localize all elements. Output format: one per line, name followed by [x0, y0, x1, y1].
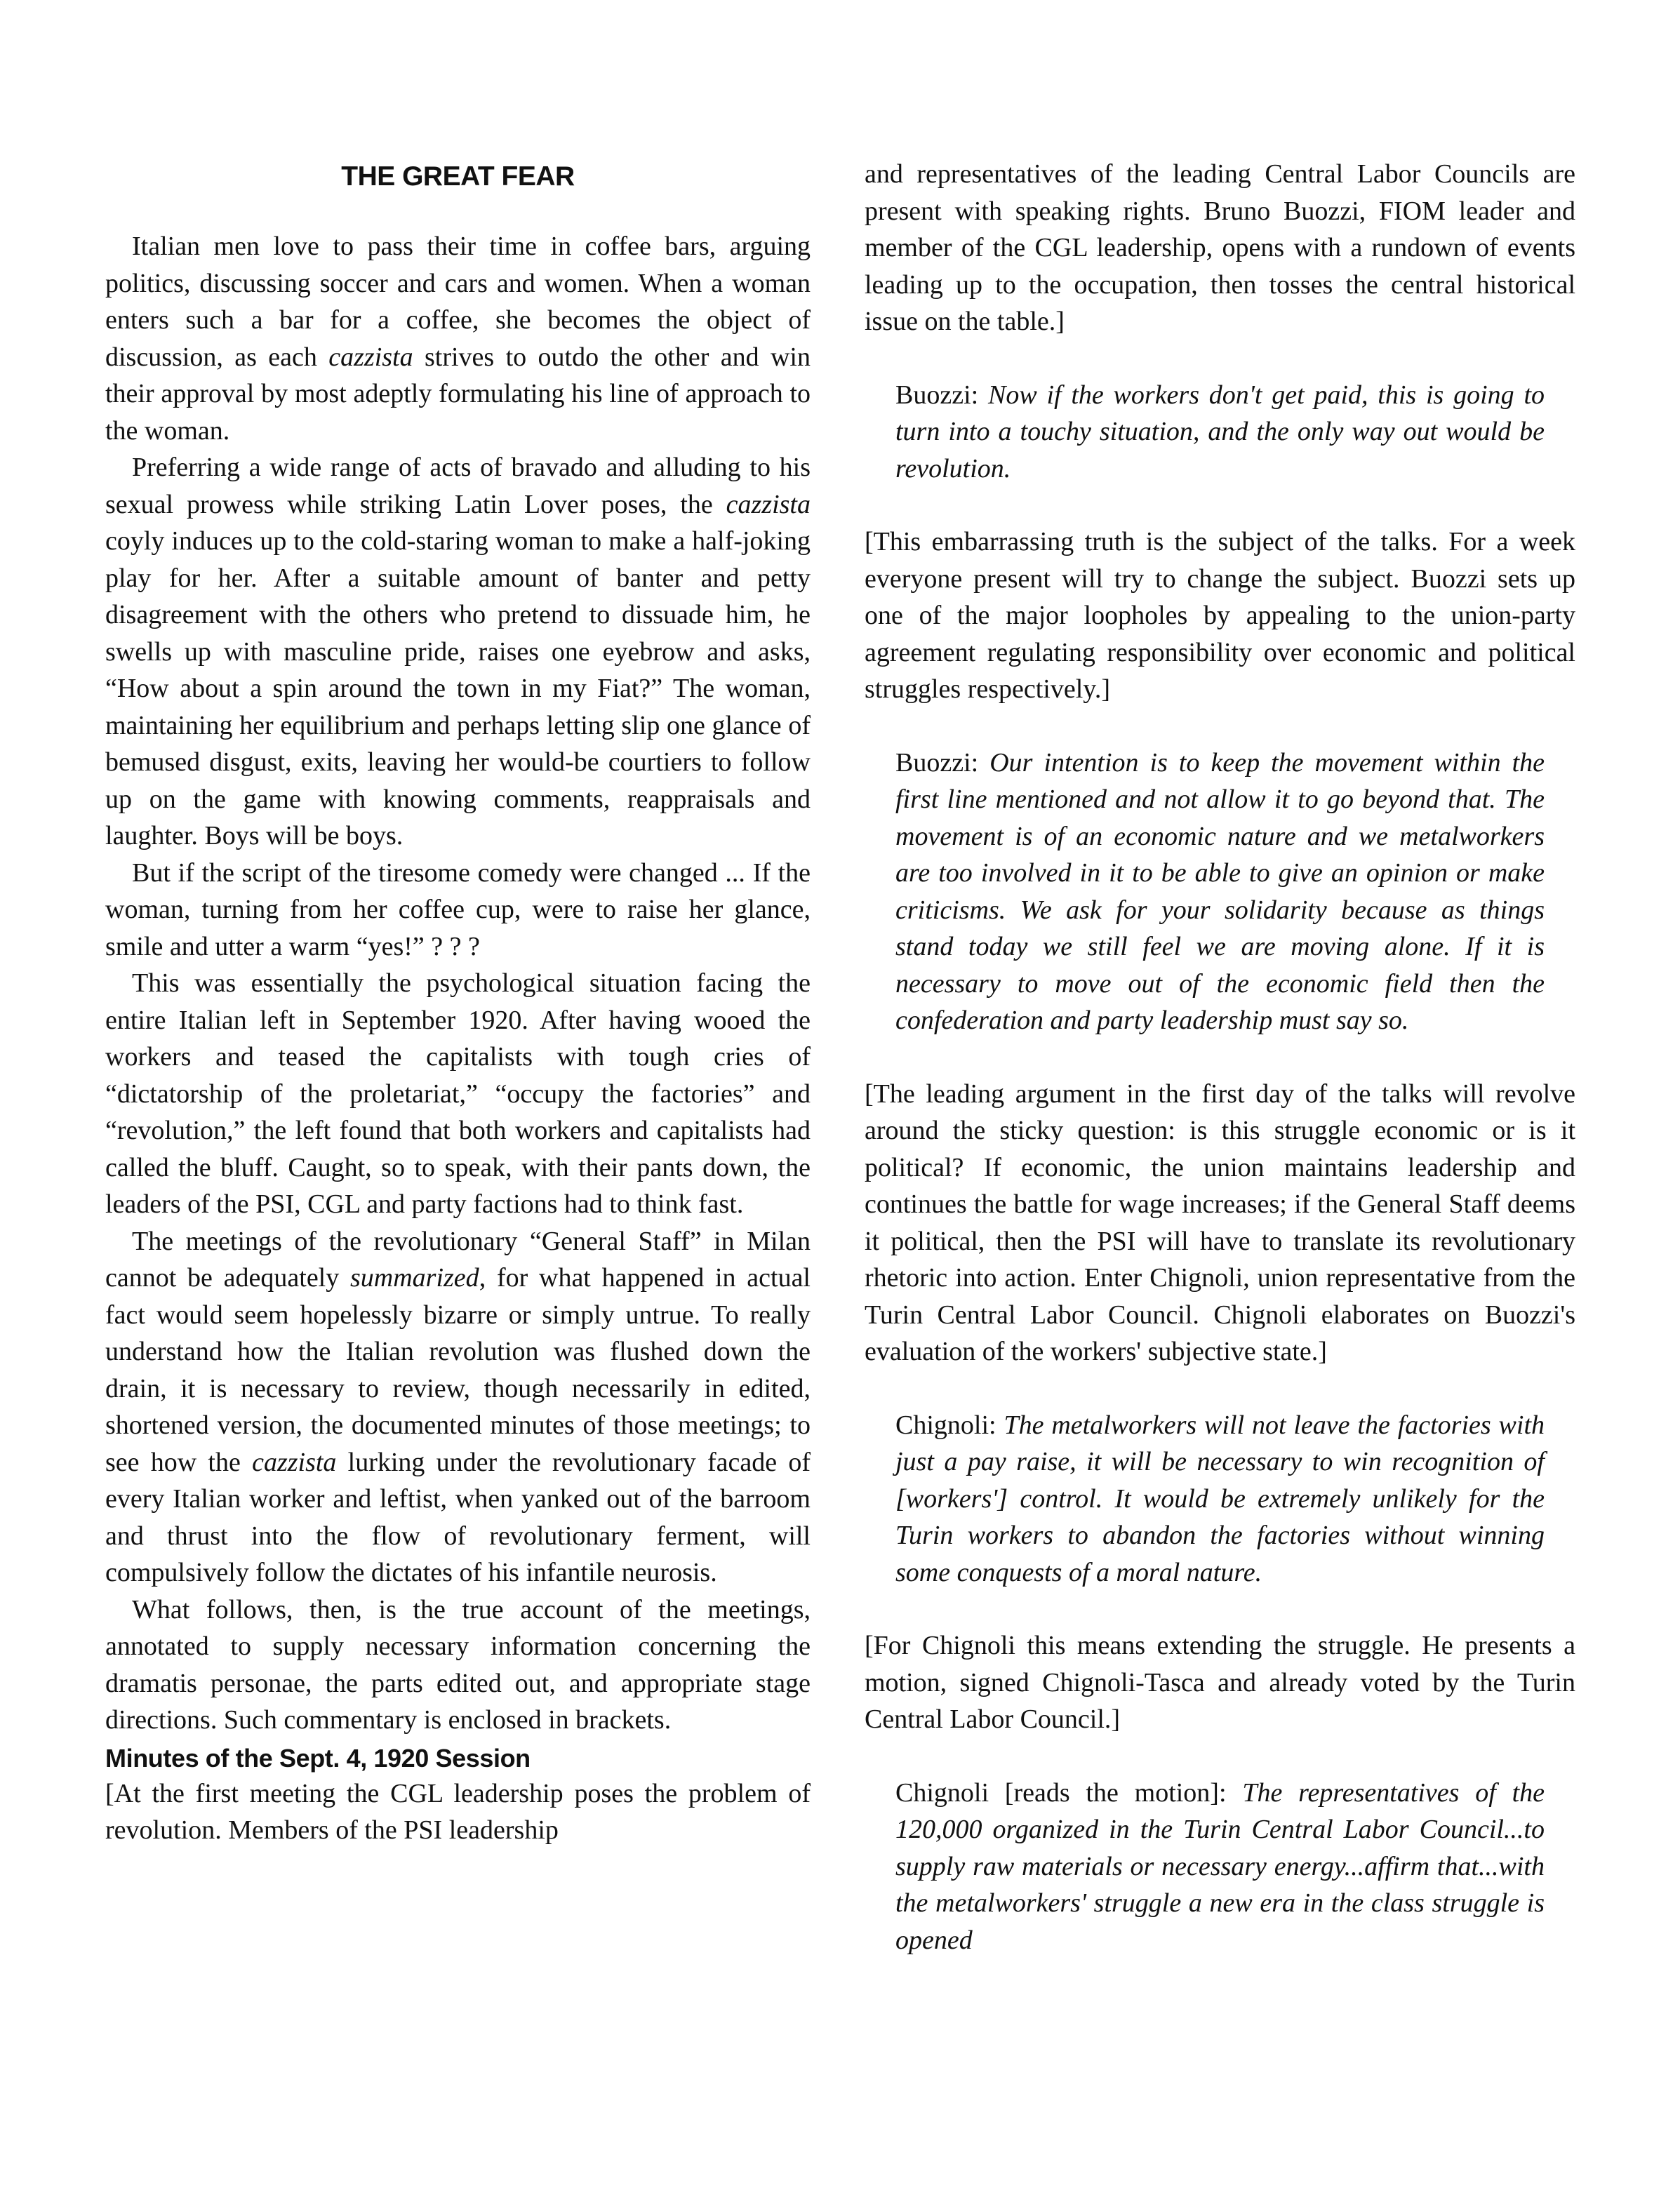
speaker-name: Buozzi: [895, 748, 978, 778]
commentary-opening: [At the first meeting the CGL leadership… [105, 1775, 811, 1849]
paragraph-4: This was essentially the psychological s… [105, 965, 811, 1223]
italic-term: summarized [350, 1263, 479, 1293]
quote-block: Chignoli [reads the motion]: The represe… [895, 1775, 1545, 1959]
paragraph-2: Preferring a wide range of acts of brava… [105, 449, 811, 855]
commentary-block: [The leading argument in the first day o… [865, 1076, 1575, 1370]
paragraph-5: The meetings of the revolutionary “Gener… [105, 1223, 811, 1592]
paragraph-6: What follows, then, is the true account … [105, 1592, 811, 1739]
paragraph-3: But if the script of the tiresome comedy… [105, 855, 811, 966]
section-subheading: Minutes of the Sept. 4, 1920 Session [105, 1742, 811, 1775]
speech-text: Now if the workers don't get paid, this … [895, 380, 1545, 483]
italic-term: cazzista [726, 490, 811, 519]
italic-term: cazzista [252, 1448, 336, 1477]
document-page: THE GREAT FEAR Italian men love to pass … [0, 0, 1680, 2202]
speaker-name: Chignoli [reads the motion]: [895, 1778, 1227, 1808]
italic-term: cazzista [328, 342, 413, 372]
quote-block: Buozzi: Our intention is to keep the mov… [895, 745, 1545, 1039]
right-column: and representatives of the leading Centr… [865, 156, 1575, 1959]
speech-text: Our intention is to keep the movement wi… [895, 748, 1545, 1036]
commentary-block: [For Chignoli this means extending the s… [865, 1627, 1575, 1738]
commentary-block: [This embarrassing truth is the subject … [865, 523, 1575, 708]
commentary-block: and representatives of the leading Centr… [865, 156, 1575, 340]
left-column: Italian men love to pass their time in c… [105, 228, 811, 1849]
speaker-name: Buozzi: [895, 380, 978, 410]
speaker-name: Chignoli: [895, 1410, 996, 1440]
quote-block: Buozzi: Now if the workers don't get pai… [895, 377, 1545, 488]
article-title: THE GREAT FEAR [105, 159, 811, 195]
paragraph-1: Italian men love to pass their time in c… [105, 228, 811, 449]
quote-block: Chignoli: The metalworkers will not leav… [895, 1407, 1545, 1592]
